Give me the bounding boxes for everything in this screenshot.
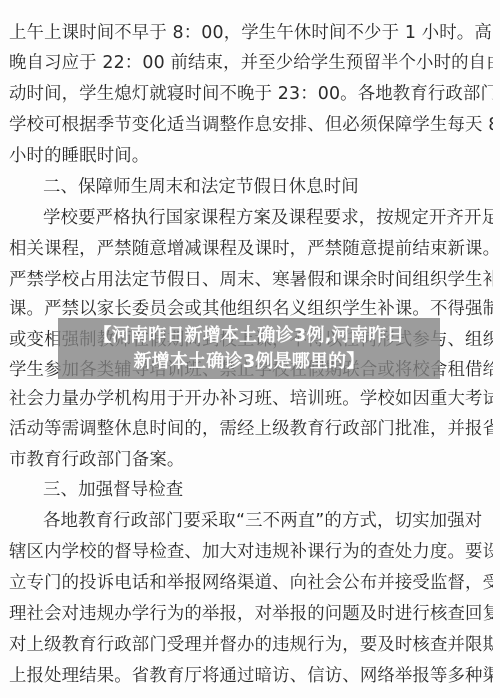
paragraph-line: 严禁学校占用法定节假日、周末、寒暑假和课余时间组织学生补 xyxy=(9,265,493,295)
title-overlay-banner: 【河南昨日新增本土确诊3例,河南昨日 新增本土确诊3例是哪里的】 xyxy=(58,318,440,379)
paragraph-line: 相关课程，严禁随意增减课程及课时，严禁随意提前结束新课。 xyxy=(9,234,493,264)
paragraph-line: 立专门的投诉电话和举报网络渠道、向社会公布并接受监督，受 xyxy=(9,568,493,598)
paragraph-line: 动时间，学生熄灯就寝时间不晚于 23：00。各地教育行政部门和 xyxy=(9,79,493,109)
section-heading-2: 二、保障师生周末和法定节假日休息时间 xyxy=(43,172,493,202)
overlay-title-line-2: 新增本土确诊3例是哪里的】 xyxy=(133,349,364,375)
paragraph-line: 小时的睡眠时间。 xyxy=(9,141,493,171)
section-heading-3: 三、加强督导检查 xyxy=(43,475,493,505)
paragraph-line: 理社会对违规办学行为的举报，对举报的问题及时进行核查回复。 xyxy=(9,599,493,629)
paragraph-line: 社会力量办学机构用于开办补习班、培训班。学校如因重大考试、 xyxy=(9,384,493,414)
paragraph-line: 上午上课时间不早于 8：00，学生午休时间不少于 1 小时。高中 xyxy=(9,18,493,48)
paragraph-line: 辖区内学校的督导检查、加大对违规补课行为的查处力度。要设 xyxy=(9,537,493,567)
paragraph-line: 市教育行政部门备案。 xyxy=(9,445,493,475)
paragraph-line: 晚自习应于 22：00 前结束，并至少给学生预留半个小时的自由活 xyxy=(9,48,493,78)
paragraph-line: 学校可根据季节变化适当调整作息安排、但必须保障学生每天 8 xyxy=(9,110,493,140)
paragraph-line: 上报处理结果。省教育厅将通过暗访、信访、网络举报等多种渠 xyxy=(9,661,493,691)
paragraph-line: 学校要严格执行国家课程方案及课程要求，按规定开齐开足 xyxy=(43,203,493,233)
paragraph-line: 活动等需调整休息时间的，需经上级教育行政部门批准，并报省、 xyxy=(9,414,493,444)
paragraph-line: 对上级教育行政部门受理并督办的违规行为，要及时核查并限期 xyxy=(9,630,493,660)
overlay-title-line-1: 【河南昨日新增本土确诊3例,河南昨日 xyxy=(94,323,405,349)
paragraph-line: 各地教育行政部门要采取“三不两直”的方式，切实加强对 xyxy=(43,506,493,536)
